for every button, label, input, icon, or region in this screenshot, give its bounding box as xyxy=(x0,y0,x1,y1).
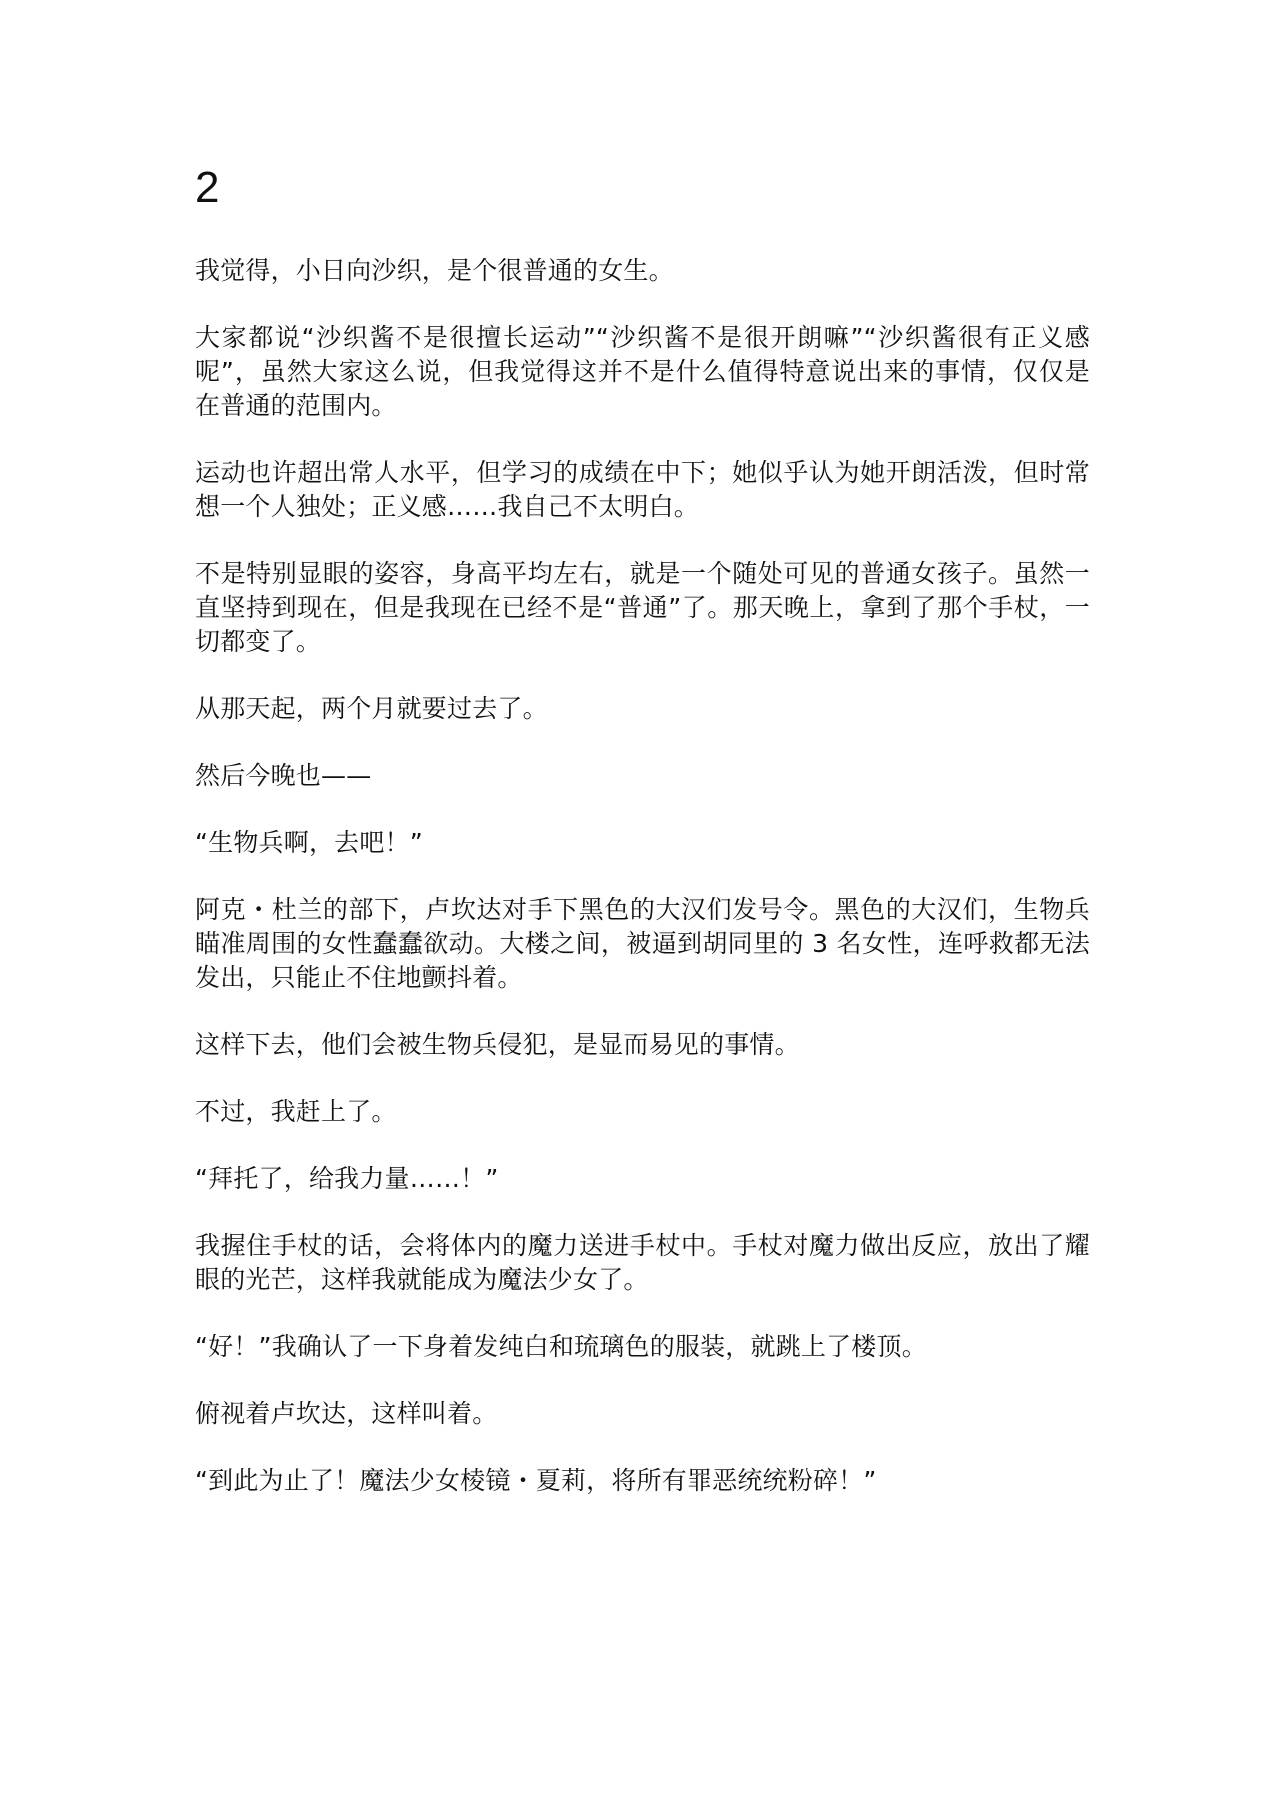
dialogue-line: “拜托了，给我力量……！” xyxy=(195,1162,1090,1196)
chapter-number: 2 xyxy=(195,160,1090,216)
paragraph: 大家都说“沙织酱不是很擅长运动”“沙织酱不是很开朗嘛”“沙织酱很有正义感呢”，虽… xyxy=(195,321,1090,423)
paragraph: 从那天起，两个月就要过去了。 xyxy=(195,692,1090,726)
paragraph: 不过，我赶上了。 xyxy=(195,1095,1090,1129)
paragraph: 阿克・杜兰的部下，卢坎达对手下黑色的大汉们发号令。黑色的大汉们，生物兵瞄准周围的… xyxy=(195,893,1090,995)
paragraph: 然后今晚也—— xyxy=(195,759,1090,793)
paragraph: 这样下去，他们会被生物兵侵犯，是显而易见的事情。 xyxy=(195,1028,1090,1062)
dialogue-line: “好！”我确认了一下身着发纯白和琉璃色的服装，就跳上了楼顶。 xyxy=(195,1330,1090,1364)
paragraph: 不是特别显眼的姿容，身高平均左右，就是一个随处可见的普通女孩子。虽然一直坚持到现… xyxy=(195,557,1090,659)
dialogue-line: “到此为止了！魔法少女棱镜・夏莉，将所有罪恶统统粉碎！” xyxy=(195,1464,1090,1498)
dialogue-line: “生物兵啊，去吧！” xyxy=(195,826,1090,860)
paragraph: 俯视着卢坎达，这样叫着。 xyxy=(195,1397,1090,1431)
paragraph: 我握住手杖的话，会将体内的魔力送进手杖中。手杖对魔力做出反应，放出了耀眼的光芒，… xyxy=(195,1229,1090,1297)
paragraph: 运动也许超出常人水平，但学习的成绩在中下；她似乎认为她开朗活泼，但时常想一个人独… xyxy=(195,456,1090,524)
document-page: 2 我觉得，小日向沙织，是个很普通的女生。 大家都说“沙织酱不是很擅长运动”“沙… xyxy=(195,160,1090,1531)
paragraph: 我觉得，小日向沙织，是个很普通的女生。 xyxy=(195,254,1090,288)
